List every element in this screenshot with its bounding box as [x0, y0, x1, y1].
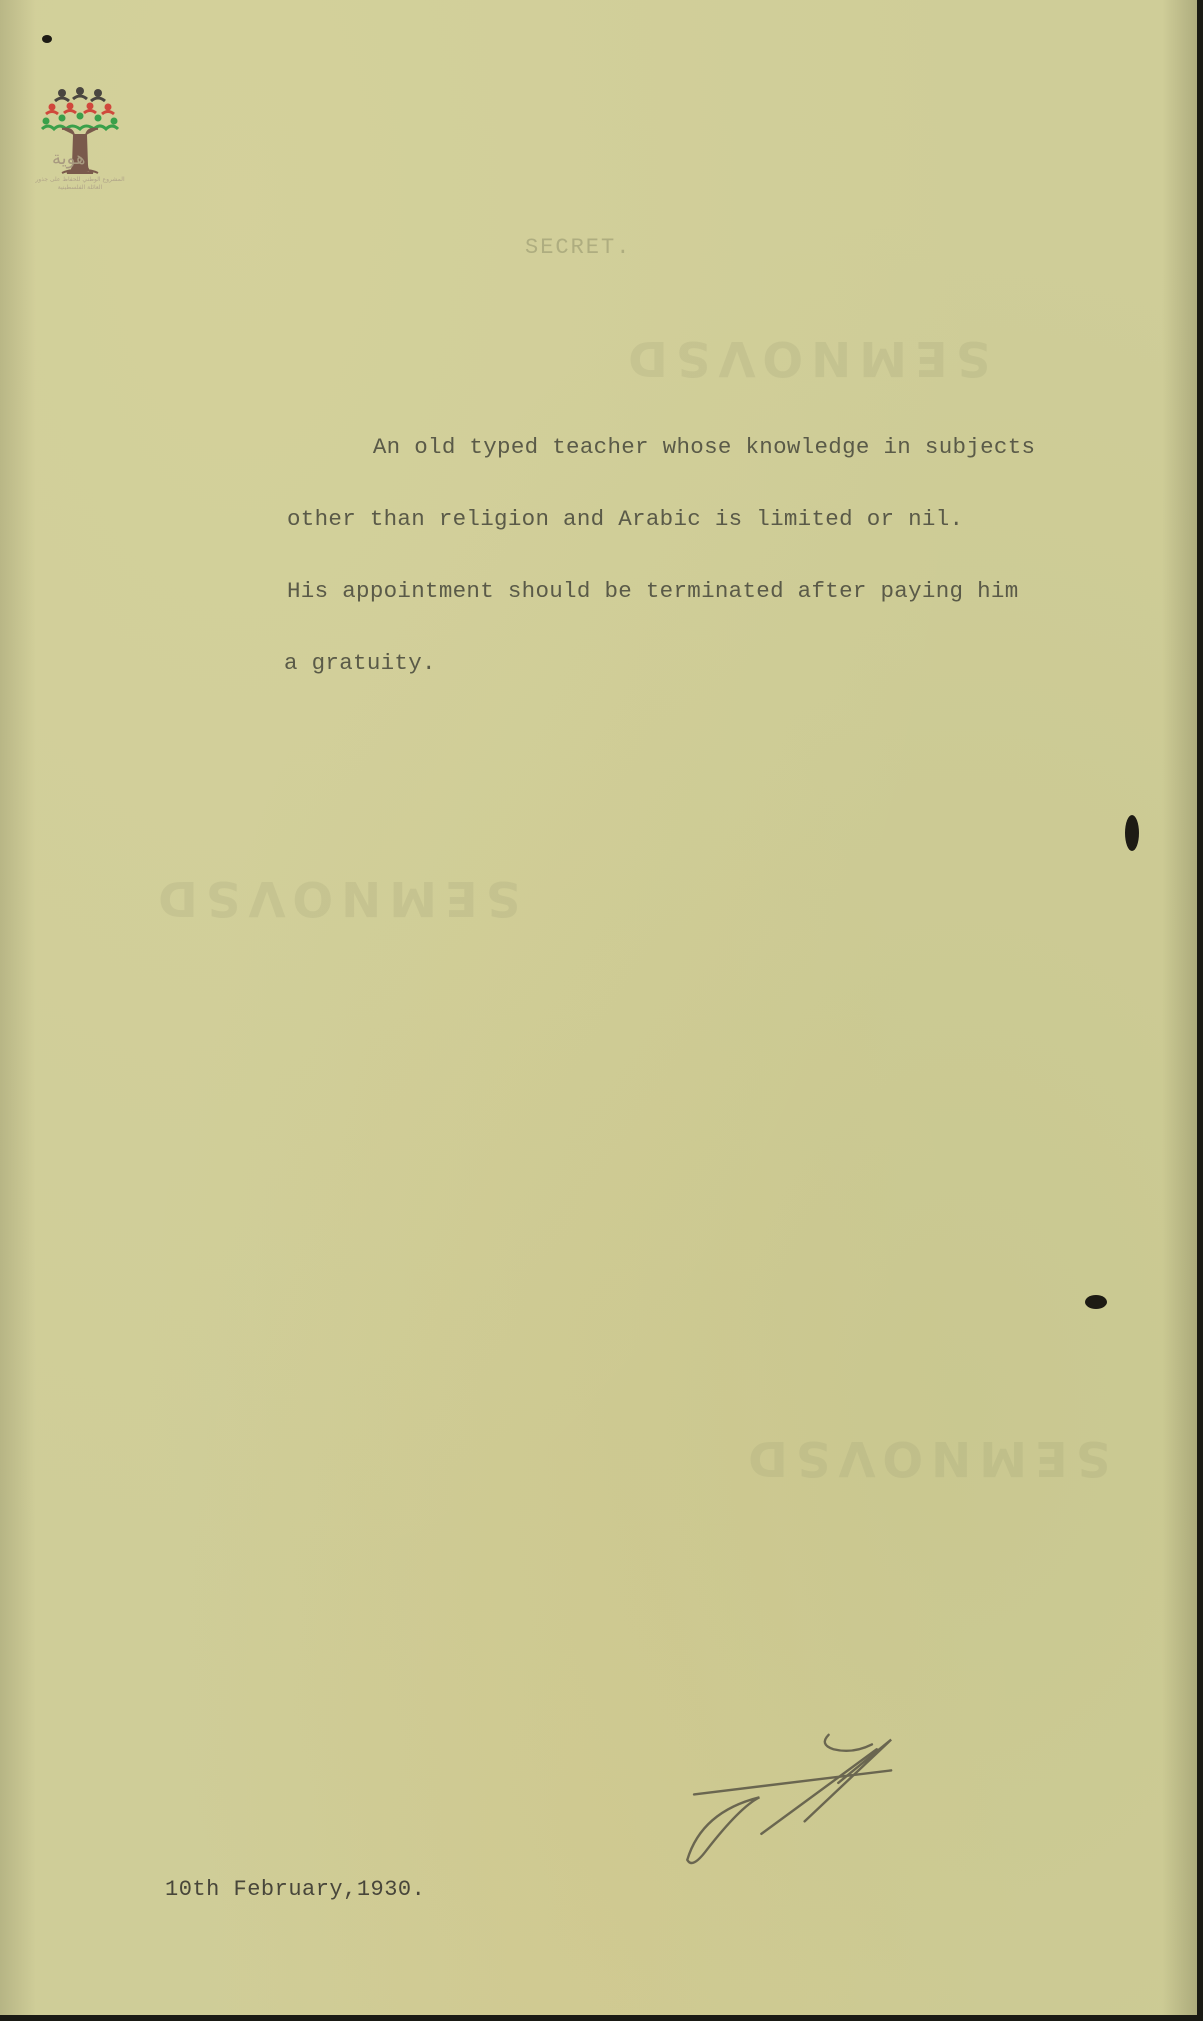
logo-title: هوية	[52, 148, 85, 169]
ink-blot	[1125, 815, 1139, 851]
faint-heading: SECRET.	[525, 235, 631, 260]
scan-edge	[1197, 0, 1203, 2021]
body-line: An old typed teacher whose knowledge in …	[290, 435, 1035, 459]
bleed-through-stamp: SEMNOVSD	[150, 870, 520, 926]
typed-body: An old typed teacher whose knowledge in …	[290, 387, 1035, 723]
signature-icon	[670, 1710, 920, 1875]
bleed-through-stamp: SEMNOVSD	[740, 1430, 1110, 1486]
body-line: other than religion and Arabic is limite…	[287, 507, 1035, 531]
document-date: 10th February,1930.	[165, 1877, 425, 1902]
document-page: SEMNOVSD SEMNOVSD SEMNOVSD هوية المشروع …	[0, 0, 1198, 2016]
body-line: a gratuity.	[284, 651, 1035, 675]
bleed-through-stamp: SEMNOVSD	[620, 330, 990, 386]
logo-subtitle: المشروع الوطني للحفاظ على جذور العائلة ا…	[30, 176, 130, 192]
ink-blot	[42, 35, 52, 43]
body-line: His appointment should be terminated aft…	[287, 579, 1035, 603]
scan-edge	[0, 2015, 1203, 2021]
ink-blot	[1085, 1295, 1107, 1309]
